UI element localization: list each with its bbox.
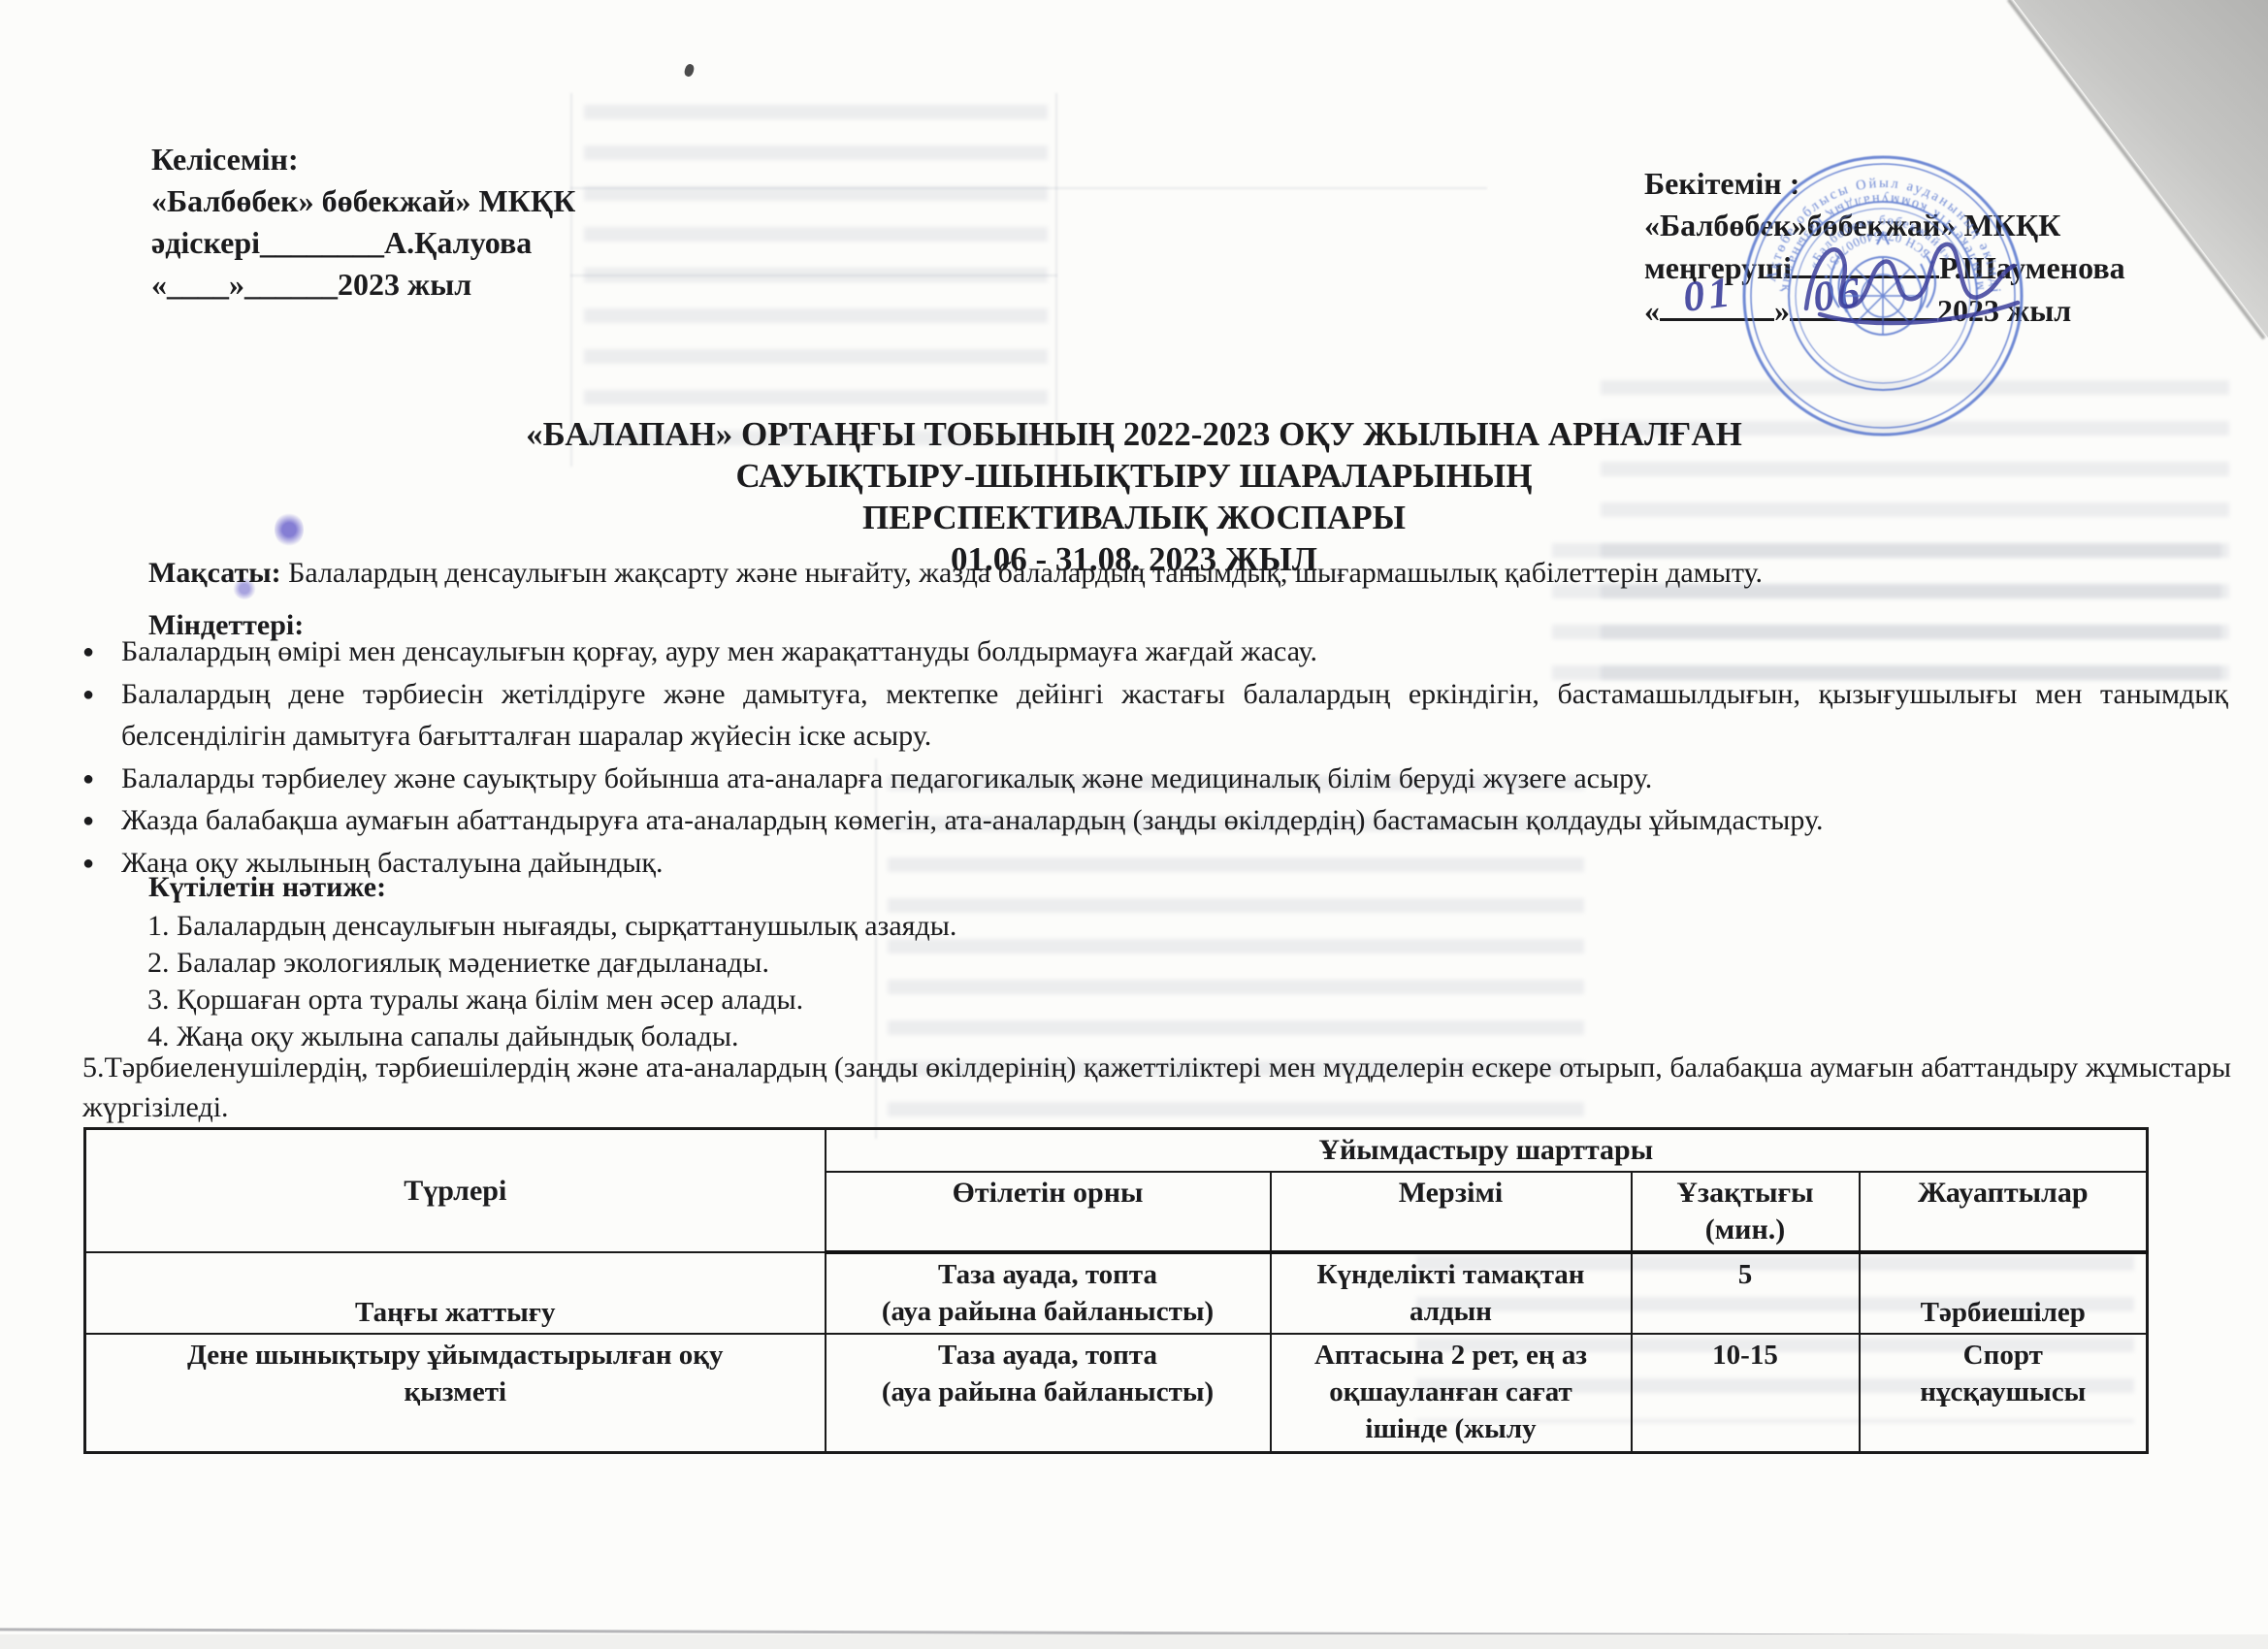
col-header-duration: Ұзақтығы (мин.) <box>1632 1172 1860 1252</box>
task-item: Жаңа оқу жылының басталуына дайындық. <box>82 842 2228 885</box>
outcome-item: 3. Қоршаған орта туралы жаңа білім мен ә… <box>147 982 956 1018</box>
cell-responsible: Спорт нұсқаушысы <box>1860 1334 2148 1453</box>
task-item: Балалардың өмірі мен денсаулығын қорғау,… <box>82 630 2228 673</box>
cell-term: Аптасына 2 рет, ең аз оқшауланған сағат … <box>1271 1334 1632 1453</box>
outcome-item-5: 5.Тәрбиеленушілердің, тәрбиешілердің жән… <box>82 1048 2231 1127</box>
cell-duration: 5 <box>1632 1252 1860 1334</box>
task-item: Балалардың дене тәрбиесін жетілдіруге жә… <box>82 673 2228 758</box>
handwritten-day: 01 <box>1681 271 1736 318</box>
outcome-item: 2. Балалар экологиялық мәдениетке дағдыл… <box>147 945 956 982</box>
title-line-1: «БАЛАПАН» ОРТАҢҒЫ ТОБЫНЫҢ 2022-2023 ОҚУ … <box>0 413 2268 455</box>
methodist-signature-line: әдіскері________А.Қалуова <box>151 222 575 264</box>
bleedthrough-hline <box>570 187 1487 189</box>
cell-duration: 10-15 <box>1632 1334 1860 1453</box>
ink-speck <box>683 63 696 78</box>
approval-left-block: Келісемін: «Балбөбек» бөбекжай» МКҚК әді… <box>151 139 575 306</box>
bleedthrough-vline <box>1055 93 1057 467</box>
goal-paragraph: Мақсаты: Балалардың денсаулығын жақсарту… <box>82 553 2231 594</box>
scanned-document: { "approval_left": { "line1": "Келісемін… <box>0 0 2268 1649</box>
schedule-table: Түрлері Ұйымдастыру шарттары Өтілетін ор… <box>83 1127 2149 1454</box>
bleedthrough-hline <box>570 275 1057 276</box>
cell-responsible: Тәрбиешілер <box>1860 1252 2148 1334</box>
bleedthrough-text <box>584 105 1048 459</box>
col-header-term: Мерзімі <box>1271 1172 1632 1252</box>
task-item: Балаларды тәрбиелеу және сауықтыру бойын… <box>82 758 2228 800</box>
goal-text: Балалардың денсаулығын жақсарту және нығ… <box>281 557 1763 589</box>
cell-place: Таза ауада, топта (ауа райына байланысты… <box>826 1334 1271 1453</box>
cell-type: Дене шынықтыру ұйымдастырылған оқу қызме… <box>85 1334 826 1453</box>
outcome-heading: Күтілетін нәтиже: <box>148 871 386 904</box>
cell-place: Таза ауада, топта (ауа райына байланысты… <box>826 1252 1271 1334</box>
organization-name: «Балбөбек» бөбекжай» МКҚК <box>151 180 575 222</box>
tasks-list: Балалардың өмірі мен денсаулығын қорғау,… <box>82 630 2228 884</box>
scanner-background <box>0 1634 2268 1649</box>
task-item: Жазда балабақша аумағын абаттандыруға ат… <box>82 799 2228 842</box>
outcome-item: 1. Балалардың денсаулығын нығаяды, сырқа… <box>147 908 956 945</box>
outcome-list: 1. Балалардың денсаулығын нығаяды, сырқа… <box>147 908 956 1055</box>
table-row: Таңғы жаттығу Таза ауада, топта (ауа рай… <box>85 1252 2148 1334</box>
manager-signature <box>1793 215 2035 341</box>
table-group-header-row: Түрлері Ұйымдастыру шарттары <box>85 1129 2148 1173</box>
col-header-types: Түрлері <box>85 1129 826 1253</box>
col-header-responsible: Жауаптылар <box>1860 1172 2148 1252</box>
goal-label: Мақсаты: <box>148 557 281 589</box>
cell-term: Күнделікті тамақтан алдын <box>1271 1252 1632 1334</box>
col-header-place: Өтілетін орны <box>826 1172 1271 1252</box>
cell-type: Таңғы жаттығу <box>85 1252 826 1334</box>
table-row: Дене шынықтыру ұйымдастырылған оқу қызме… <box>85 1334 2148 1453</box>
date-line: «____»______2023 жыл <box>151 264 575 306</box>
title-line-2: САУЫҚТЫРУ-ШЫНЫҚТЫРУ ШАРАЛАРЫНЫҢ <box>0 455 2268 497</box>
agree-label: Келісемін: <box>151 139 575 180</box>
title-line-3: ПЕРСПЕКТИВАЛЫҚ ЖОСПАРЫ <box>0 497 2268 538</box>
group-header: Ұйымдастыру шарттары <box>826 1129 2148 1173</box>
